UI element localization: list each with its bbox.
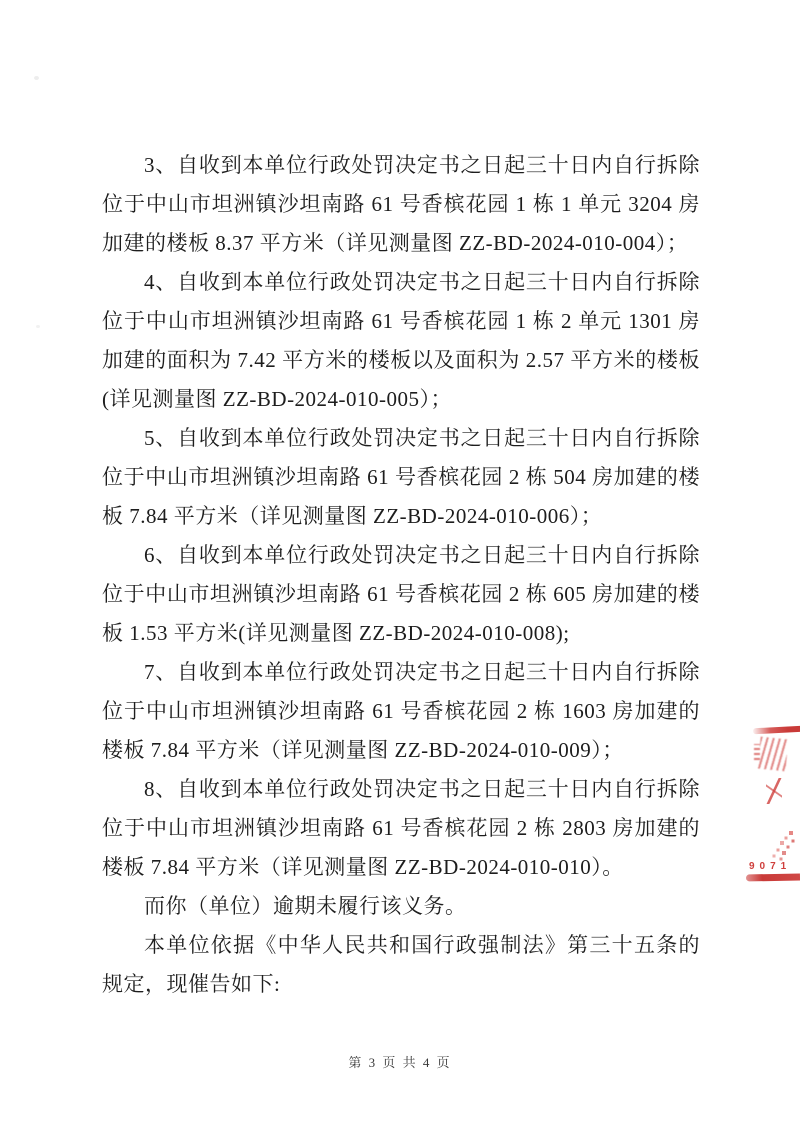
clause-paragraph-3: 3、自收到本单位行政处罚决定书之日起三十日内自行拆除位于中山市坦洲镇沙坦南路 6… — [102, 146, 700, 263]
seal-number: 9071 — [749, 861, 799, 872]
red-seal-fragment: 9071 — [746, 720, 800, 886]
seal-stroke-bottom-icon — [746, 874, 800, 882]
clause-paragraph-6: 6、自收到本单位行政处罚决定书之日起三十日内自行拆除位于中山市坦洲镇沙坦南路 6… — [102, 536, 700, 653]
clause-paragraph-4: 4、自收到本单位行政处罚决定书之日起三十日内自行拆除位于中山市坦洲镇沙坦南路 6… — [102, 263, 700, 419]
document-text: 3、自收到本单位行政处罚决定书之日起三十日内自行拆除位于中山市坦洲镇沙坦南路 6… — [102, 146, 700, 1004]
seal-glyph-fragment-icon — [757, 737, 788, 772]
clause-paragraph-7: 7、自收到本单位行政处罚决定书之日起三十日内自行拆除位于中山市坦洲镇沙坦南路 6… — [102, 653, 700, 770]
seal-glyph-fragment-icon — [766, 778, 782, 804]
document-page: 3、自收到本单位行政处罚决定书之日起三十日内自行拆除位于中山市坦洲镇沙坦南路 6… — [0, 0, 800, 1131]
page-number: 第 3 页 共 4 页 — [0, 1052, 800, 1071]
scan-speck-icon — [36, 325, 40, 328]
clause-paragraph-5: 5、自收到本单位行政处罚决定书之日起三十日内自行拆除位于中山市坦洲镇沙坦南路 6… — [102, 419, 700, 536]
seal-stroke-top-icon — [753, 726, 800, 735]
overdue-statement: 而你（单位）逾期未履行该义务。 — [102, 887, 700, 926]
legal-basis-statement: 本单位依据《中华人民共和国行政强制法》第三十五条的规定，现催告如下: — [102, 926, 700, 1004]
seal-speckles-icon — [768, 832, 770, 834]
scan-speck-icon — [34, 76, 39, 80]
seal-glyph-fragment-icon — [754, 744, 760, 760]
clause-paragraph-8: 8、自收到本单位行政处罚决定书之日起三十日内自行拆除位于中山市坦洲镇沙坦南路 6… — [102, 770, 700, 887]
